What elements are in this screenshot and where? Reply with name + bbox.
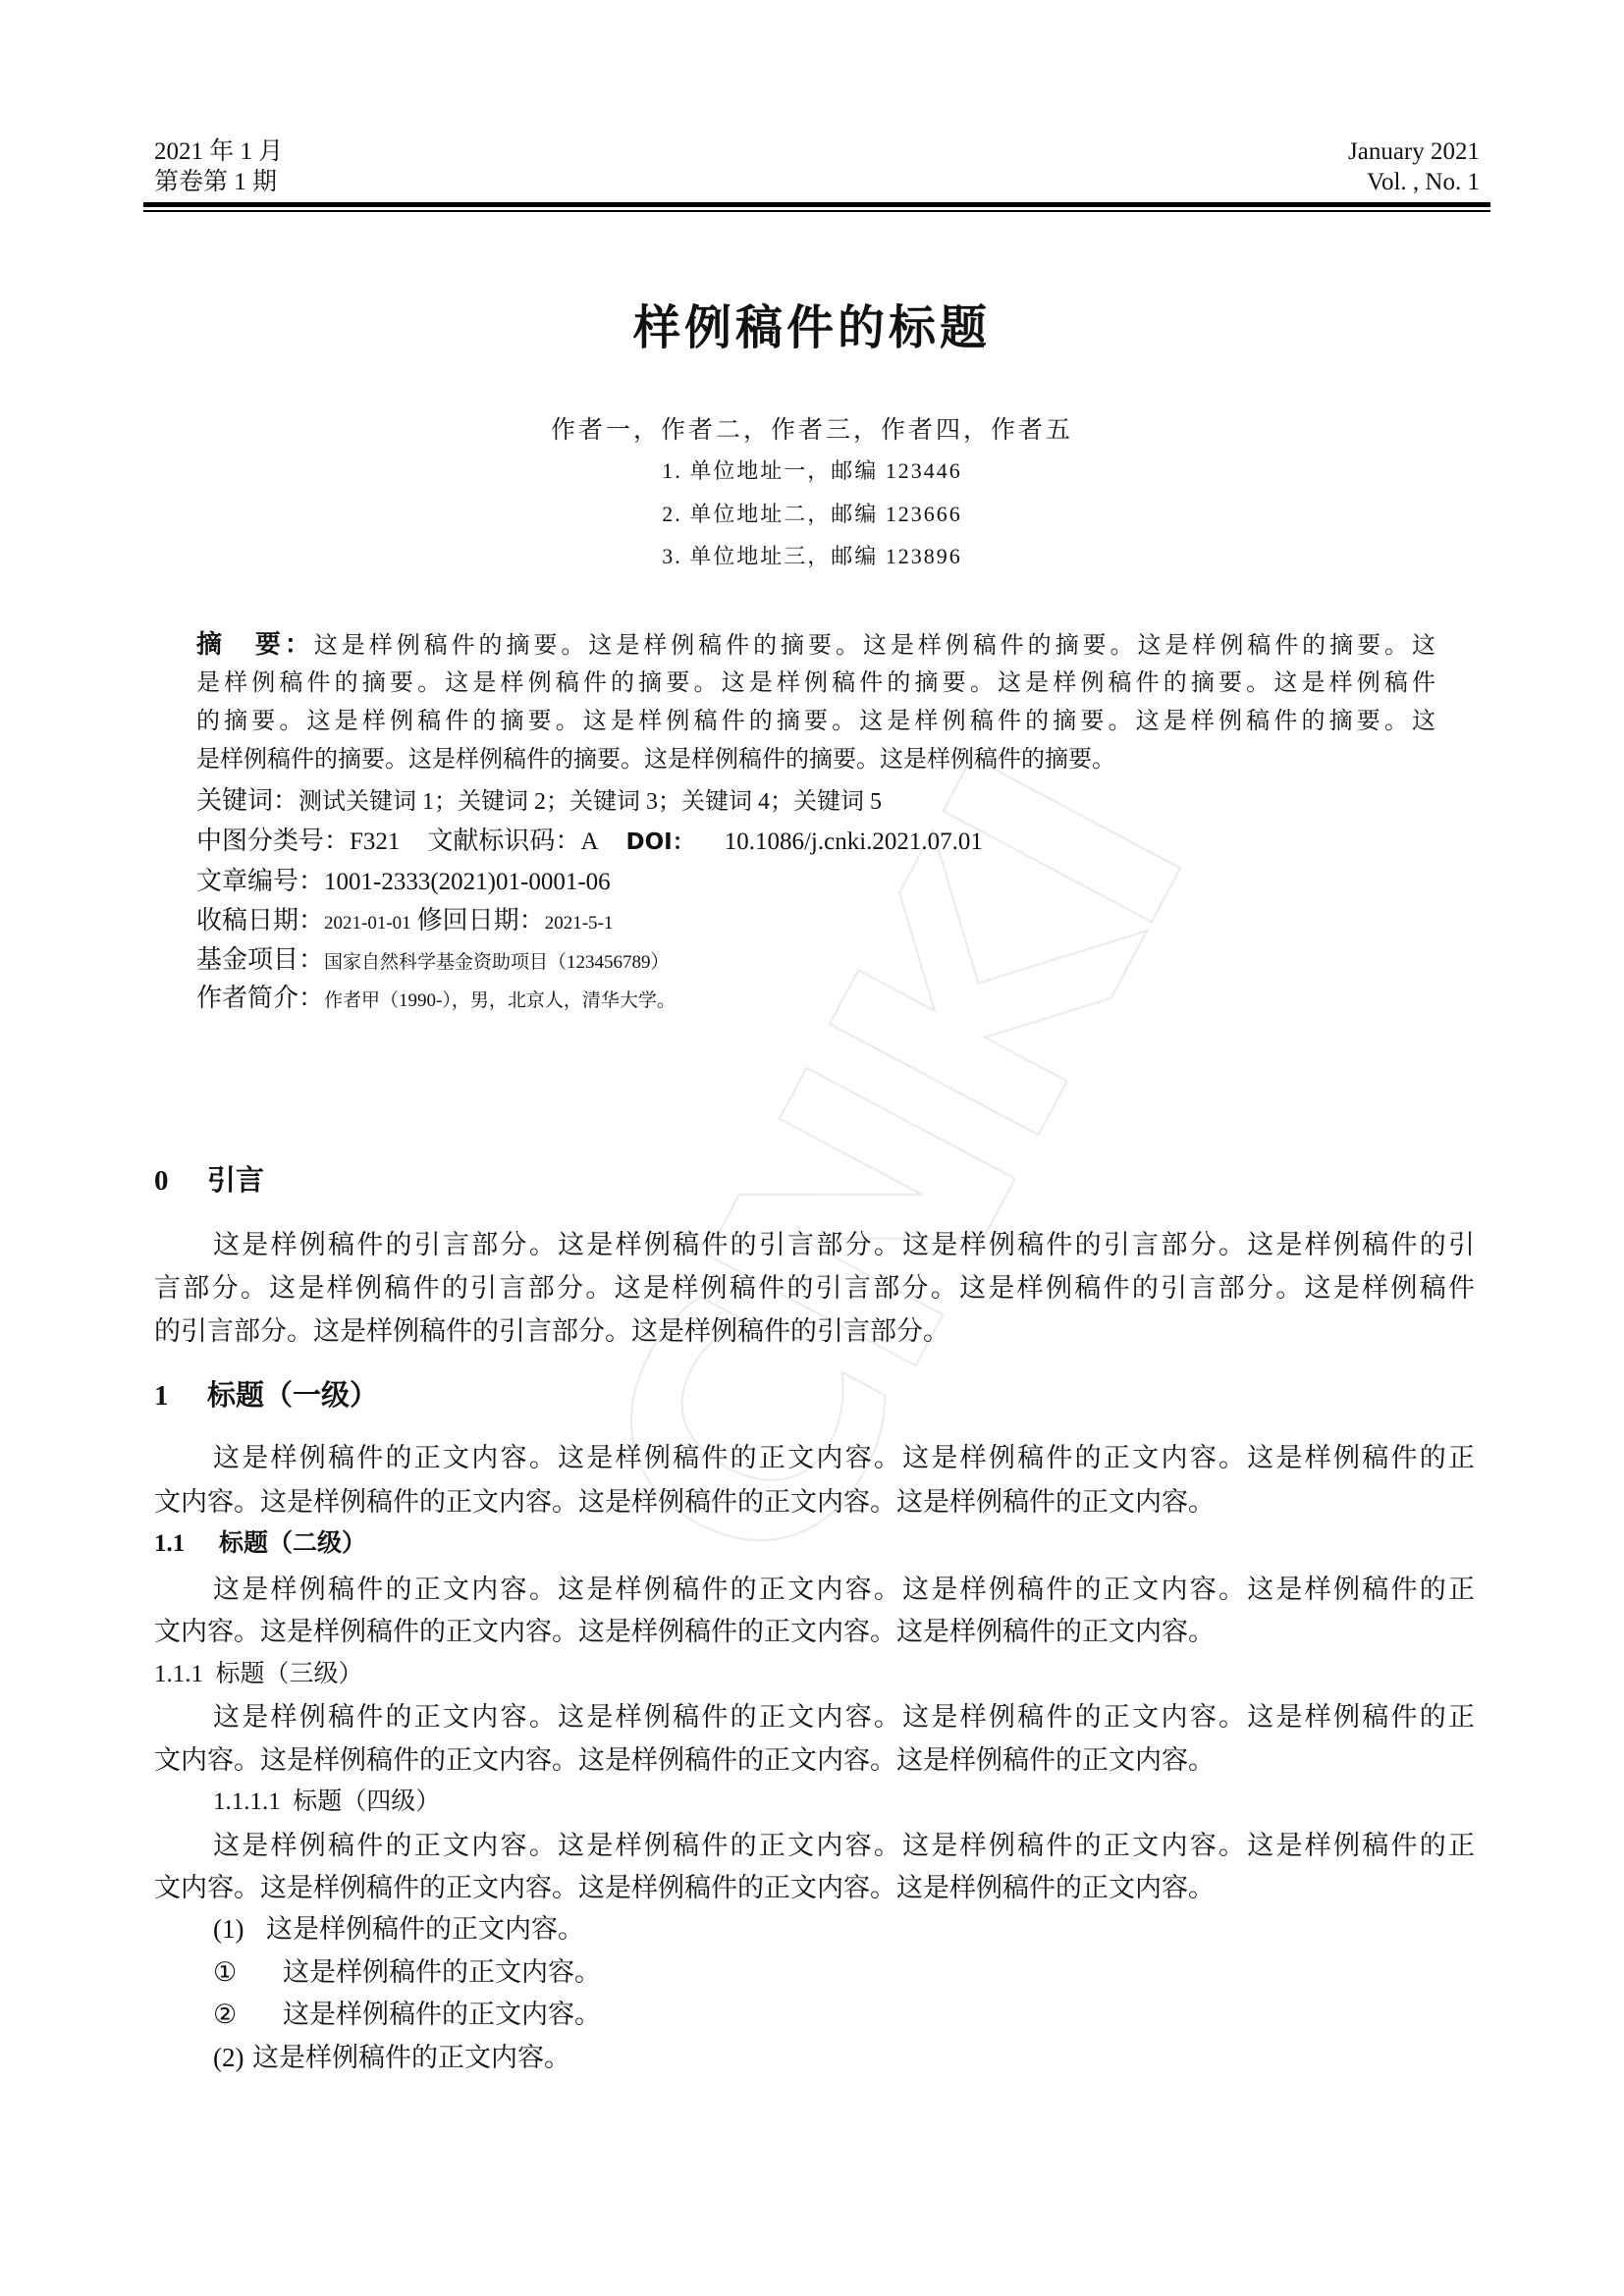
section-heading-1-1-1-1: 1.1.1.1 标题（四级） (213, 1782, 440, 1817)
header-issue-en: Vol. , No. 1 (1367, 168, 1480, 197)
keywords-value: 测试关键词 1；关键词 2；关键词 3；关键词 4；关键词 5 (298, 789, 882, 815)
clc-value: F321 (350, 828, 400, 855)
s1-line-1: 这是样例稿件的正文内容。这是样例稿件的正文内容。这是样例稿件的正文内容。这是样例… (154, 1436, 1475, 1471)
article-number-label: 文章编号： (196, 867, 324, 896)
article-number-value: 1001-2333(2021)01-0001-06 (324, 869, 611, 895)
header-rule-thick (143, 202, 1490, 207)
dates-line: 收稿日期：2021-01-01修回日期：2021-5-1 (196, 900, 613, 936)
received-label: 收稿日期： (196, 906, 324, 935)
keywords-label: 关键词： (196, 786, 298, 816)
header-date-en: January 2021 (1348, 137, 1480, 167)
received-value: 2021-01-01 (324, 913, 411, 934)
abstract-line-3: 的摘要。这是样例稿件的摘要。这是样例稿件的摘要。这是样例稿件的摘要。这是样例稿件… (196, 701, 1435, 732)
classification-line: 中图分类号：F321文献标识码：ADOI：10.1086/j.cnki.2021… (196, 821, 983, 857)
funding-line: 基金项目：国家自然科学基金资助项目（123456789） (196, 939, 670, 976)
paper-title: 样例稿件的标题 (0, 290, 1624, 357)
article-number-line: 文章编号：1001-2333(2021)01-0001-06 (196, 861, 611, 897)
affiliation-1: 1. 单位地址一，邮编 123446 (0, 454, 1624, 485)
author-bio-value: 作者甲（1990-），男，北京人，清华大学。 (324, 990, 676, 1011)
funding-label: 基金项目： (196, 945, 324, 975)
abstract-label: 摘 要： (196, 630, 314, 656)
doi-label: DOI： (626, 829, 695, 855)
keywords-line: 关键词：测试关键词 1；关键词 2；关键词 3；关键词 4；关键词 5 (196, 780, 882, 817)
section-heading-1-1-1: 1.1.1 标题（三级） (154, 1654, 363, 1689)
section-heading-1-1: 1.1标题（二级） (154, 1523, 366, 1559)
s1-1-line-2: 文内容。这是样例稿件的正文内容。这是样例稿件的正文内容。这是样例稿件的正文内容。 (154, 1610, 1475, 1645)
s1-1-1-line-1: 这是样例稿件的正文内容。这是样例稿件的正文内容。这是样例稿件的正文内容。这是样例… (154, 1695, 1475, 1731)
s1-1-1-line-2: 文内容。这是样例稿件的正文内容。这是样例稿件的正文内容。这是样例稿件的正文内容。 (154, 1738, 1475, 1774)
author-bio-label: 作者简介： (196, 984, 324, 1013)
abstract-line-4: 是样例稿件的摘要。这是样例稿件的摘要。这是样例稿件的摘要。这是样例稿件的摘要。 (196, 739, 1435, 771)
section-heading-1: 1标题（一级） (154, 1373, 378, 1414)
s1-1-line-1: 这是样例稿件的正文内容。这是样例稿件的正文内容。这是样例稿件的正文内容。这是样例… (154, 1568, 1475, 1603)
doc-code-value: A (580, 828, 598, 855)
abstract-line-1: 摘 要：这是样例稿件的摘要。这是样例稿件的摘要。这是样例稿件的摘要。这是样例稿件… (196, 624, 1435, 656)
s1-1-1-1-line-2: 文内容。这是样例稿件的正文内容。这是样例稿件的正文内容。这是样例稿件的正文内容。 (154, 1866, 1475, 1901)
author-list: 作者一，作者二，作者三，作者四，作者五 (0, 410, 1624, 446)
intro-line-3: 的引言部分。这是样例稿件的引言部分。这是样例稿件的引言部分。 (154, 1309, 1475, 1345)
revised-value: 2021-5-1 (545, 913, 614, 934)
doc-code-label: 文献标识码： (427, 827, 580, 856)
intro-line-2: 言部分。这是样例稿件的引言部分。这是样例稿件的引言部分。这是样例稿件的引言部分。… (154, 1266, 1475, 1302)
header-issue-cn: 第卷第 1 期 (154, 168, 277, 197)
abstract-line-2: 是样例稿件的摘要。这是样例稿件的摘要。这是样例稿件的摘要。这是样例稿件的摘要。这… (196, 663, 1435, 694)
author-bio-line: 作者简介：作者甲（1990-），男，北京人，清华大学。 (196, 978, 676, 1014)
clc-label: 中图分类号： (196, 827, 350, 856)
header-rule-thin (143, 210, 1490, 212)
list-item: (1)这是样例稿件的正文内容。 (213, 1907, 584, 1946)
affiliation-3: 3. 单位地址三，邮编 123896 (0, 540, 1624, 570)
intro-line-1: 这是样例稿件的引言部分。这是样例稿件的引言部分。这是样例稿件的引言部分。这是样例… (154, 1223, 1475, 1258)
s1-1-1-1-line-1: 这是样例稿件的正文内容。这是样例稿件的正文内容。这是样例稿件的正文内容。这是样例… (154, 1824, 1475, 1859)
doi-value: 10.1086/j.cnki.2021.07.01 (725, 828, 983, 855)
funding-value: 国家自然科学基金资助项目（123456789） (324, 952, 670, 973)
list-item: ②这是样例稿件的正文内容。 (213, 1993, 601, 2031)
header-date-cn: 2021 年 1 月 (154, 137, 283, 167)
revised-label: 修回日期： (417, 906, 545, 935)
affiliation-2: 2. 单位地址二，邮编 123666 (0, 498, 1624, 528)
list-item: (2)这是样例稿件的正文内容。 (213, 2036, 570, 2074)
list-item: ①这是样例稿件的正文内容。 (213, 1950, 601, 1989)
section-heading-intro: 0引言 (154, 1158, 264, 1199)
s1-line-2: 文内容。这是样例稿件的正文内容。这是样例稿件的正文内容。这是样例稿件的正文内容。 (154, 1480, 1475, 1516)
